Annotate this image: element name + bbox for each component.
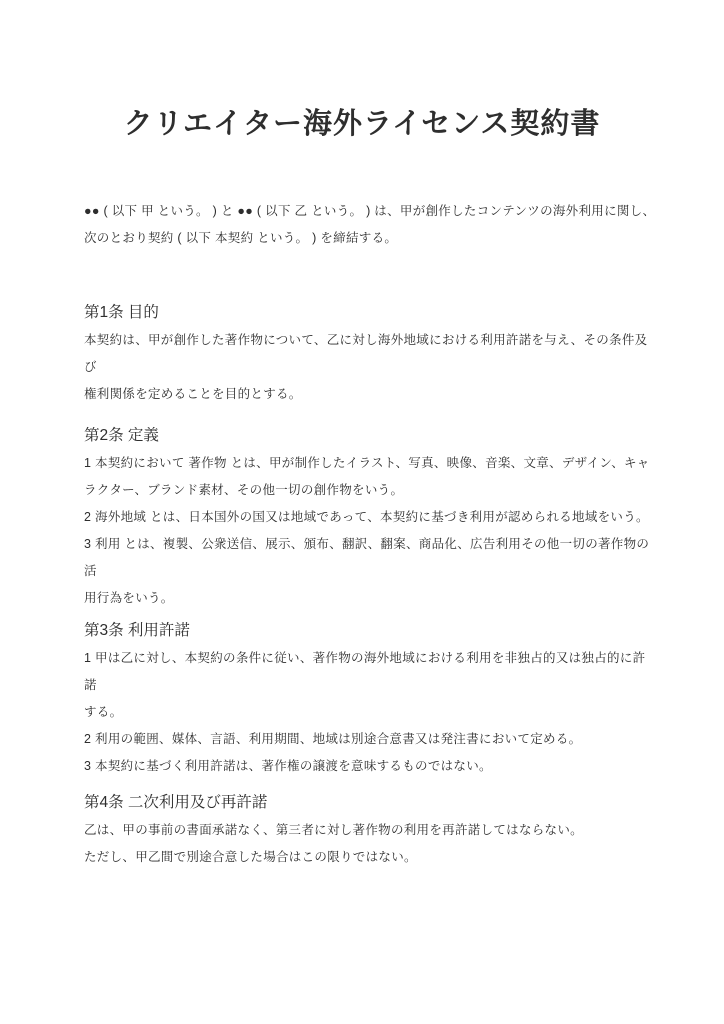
intro-paragraph: ●● ( 以下 甲 という。 ) と ●● ( 以下 乙 という。 ) は、甲が… (84, 198, 656, 252)
paragraph: 乙は、甲の事前の書面承諾なく、第三者に対し著作物の利用を再許諾してはならない。 (84, 817, 656, 844)
contract-document-page: クリエイター海外ライセンス契約書 ●● ( 以下 甲 という。 ) と ●● (… (0, 0, 724, 1024)
paragraph: 2 海外地域 とは、日本国外の国又は地域であって、本契約に基づき利用が認められる… (84, 504, 656, 531)
paragraph: 3 利用 とは、複製、公衆送信、展示、頒布、翻訳、翻案、商品化、広告利用その他一… (84, 531, 656, 612)
section-heading: 第3条 利用許諾 (84, 617, 656, 644)
paragraph: 2 利用の範囲、媒体、言語、利用期間、地域は別途合意書又は発注書において定める。 (84, 726, 656, 753)
section-article-4: 第4条 二次利用及び再許諾 乙は、甲の事前の書面承諾なく、第三者に対し著作物の利… (84, 789, 656, 871)
paragraph: 1 本契約において 著作物 とは、甲が制作したイラスト、写真、映像、音楽、文章、… (84, 450, 656, 504)
section-heading: 第2条 定義 (84, 422, 656, 449)
paragraph: 本契約は、甲が創作した著作物について、乙に対し海外地域における利用許諾を与え、そ… (84, 327, 656, 408)
document-title: クリエイター海外ライセンス契約書 (0, 101, 724, 147)
paragraph: ただし、甲乙間で別途合意した場合はこの限りではない。 (84, 844, 656, 871)
section-article-1: 第1条 目的 本契約は、甲が創作した著作物について、乙に対し海外地域における利用… (84, 299, 656, 408)
section-heading: 第1条 目的 (84, 299, 656, 326)
section-heading: 第4条 二次利用及び再許諾 (84, 789, 656, 816)
section-article-2: 第2条 定義 1 本契約において 著作物 とは、甲が制作したイラスト、写真、映像… (84, 422, 656, 612)
paragraph: 3 本契約に基づく利用許諾は、著作権の譲渡を意味するものではない。 (84, 753, 656, 780)
section-article-3: 第3条 利用許諾 1 甲は乙に対し、本契約の条件に従い、著作物の海外地域における… (84, 617, 656, 780)
paragraph: 1 甲は乙に対し、本契約の条件に従い、著作物の海外地域における利用を非独占的又は… (84, 645, 656, 726)
